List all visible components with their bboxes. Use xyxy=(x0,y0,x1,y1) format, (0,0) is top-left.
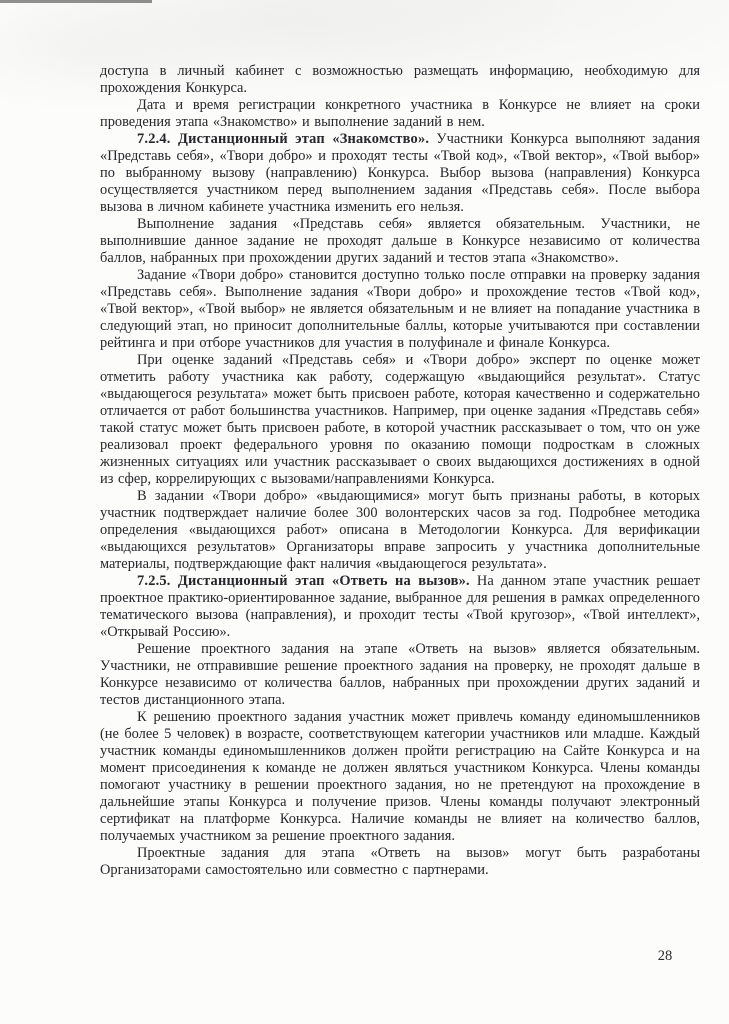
paragraph: 7.2.4. Дистанционный этап «Знакомство». … xyxy=(100,131,700,216)
paragraph: Дата и время регистрации конкретного уча… xyxy=(100,97,700,131)
paragraph: Решение проектного задания на этапе «Отв… xyxy=(100,641,700,709)
paragraph: 7.2.5. Дистанционный этап «Ответь на выз… xyxy=(100,573,700,641)
paragraph: доступа в личный кабинет с возможностью … xyxy=(100,63,700,97)
document-page: доступа в личный кабинет с возможностью … xyxy=(0,0,729,1024)
paragraph: К решению проектного задания участник мо… xyxy=(100,709,700,845)
paragraph: В задании «Твори добро» «выдающимися» мо… xyxy=(100,488,700,573)
paragraph: При оценке заданий «Представь себя» и «Т… xyxy=(100,352,700,488)
scan-artifact xyxy=(0,0,152,3)
document-body: доступа в личный кабинет с возможностью … xyxy=(100,63,700,879)
paragraph: Задание «Твори добро» становится доступн… xyxy=(100,267,700,352)
paragraph: Выполнение задания «Представь себя» явля… xyxy=(100,216,700,267)
section-heading: 7.2.4. Дистанционный этап «Знакомство». xyxy=(137,131,429,147)
section-heading: 7.2.5. Дистанционный этап «Ответь на выз… xyxy=(137,573,470,589)
paragraph: Проектные задания для этапа «Ответь на в… xyxy=(100,845,700,879)
page-number: 28 xyxy=(650,948,680,965)
